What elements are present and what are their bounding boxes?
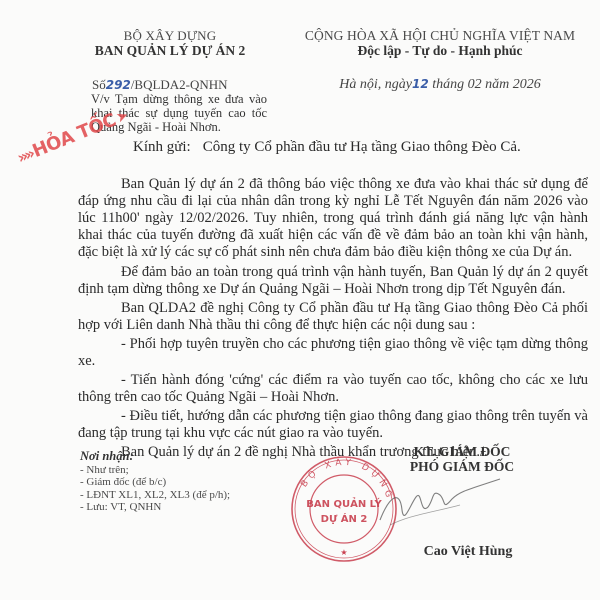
- body-paragraph: Ban Quản lý dự án 2 đã thông báo việc th…: [78, 176, 588, 261]
- body-list-item: - Phối hợp tuyên truyền cho các phương t…: [78, 336, 588, 370]
- nation-name: CỘNG HÒA XÃ HỘI CHỦ NGHĨA VIỆT NAM: [290, 28, 590, 43]
- signature-scribble-icon: [370, 475, 510, 535]
- body-list-item: - Điều tiết, hướng dẫn các phương tiện g…: [78, 408, 588, 442]
- place-date-suffix: tháng 02 năm 2026: [432, 77, 541, 92]
- distribution-item: - Như trên;: [80, 464, 230, 477]
- body-list-item: - Tiến hành đóng 'cứng' các điểm ra vào …: [78, 372, 588, 406]
- issuing-authority-header: BỘ XÂY DỰNG BAN QUẢN LÝ DỰ ÁN 2: [60, 28, 280, 59]
- svg-text:DỰ ÁN 2: DỰ ÁN 2: [321, 512, 368, 525]
- letter-body: Ban Quản lý dự án 2 đã thông báo việc th…: [78, 176, 588, 463]
- svg-text:★: ★: [340, 548, 347, 557]
- place-date-prefix: Hà nội, ngày: [339, 77, 412, 92]
- document-number-suffix: /BQLDA2-QNHN: [131, 77, 228, 92]
- urgent-label: HỎA TỐC: [30, 110, 119, 162]
- distribution-item: - Lưu: VT, QNHN: [80, 501, 230, 514]
- document-number-prefix: Số: [92, 77, 106, 92]
- distribution-list: Nơi nhận: - Như trên; - Giám đốc (để b/c…: [80, 450, 230, 514]
- ministry-name: BỘ XÂY DỰNG: [60, 28, 280, 43]
- signer-name: Cao Việt Hùng: [368, 544, 568, 560]
- national-motto: Độc lập - Tự do - Hạnh phúc: [290, 43, 590, 59]
- place-date: Hà nội, ngày12 tháng 02 năm 2026: [290, 77, 590, 93]
- distribution-title: Nơi nhận:: [80, 450, 230, 463]
- handwritten-day: 12: [412, 77, 429, 91]
- agency-name: BAN QUẢN LÝ DỰ ÁN 2: [60, 43, 280, 59]
- distribution-item: - Giám đốc (để b/c): [80, 476, 230, 489]
- body-paragraph: Ban QLDA2 đề nghị Công ty Cổ phần đầu tư…: [78, 300, 588, 334]
- handwritten-number: 292: [106, 78, 131, 92]
- body-paragraph: Để đảm bảo an toàn trong quá trình vận h…: [78, 264, 588, 298]
- recipient-line: Kính gửi:Công ty Cổ phần đầu tư Hạ tầng …: [133, 139, 521, 156]
- recipient-label: Kính gửi:: [133, 139, 191, 155]
- distribution-item: - LĐNT XL1, XL2, XL3 (để p/h);: [80, 489, 230, 502]
- document-number: Số292/BQLDA2-QNHN: [92, 77, 228, 93]
- recipient-name: Công ty Cổ phần đầu tư Hạ tầng Giao thôn…: [203, 139, 521, 155]
- urgent-stamp: »» HỎA TỐC ➤: [14, 105, 131, 169]
- national-header: CỘNG HÒA XÃ HỘI CHỦ NGHĨA VIỆT NAM Độc l…: [290, 28, 590, 59]
